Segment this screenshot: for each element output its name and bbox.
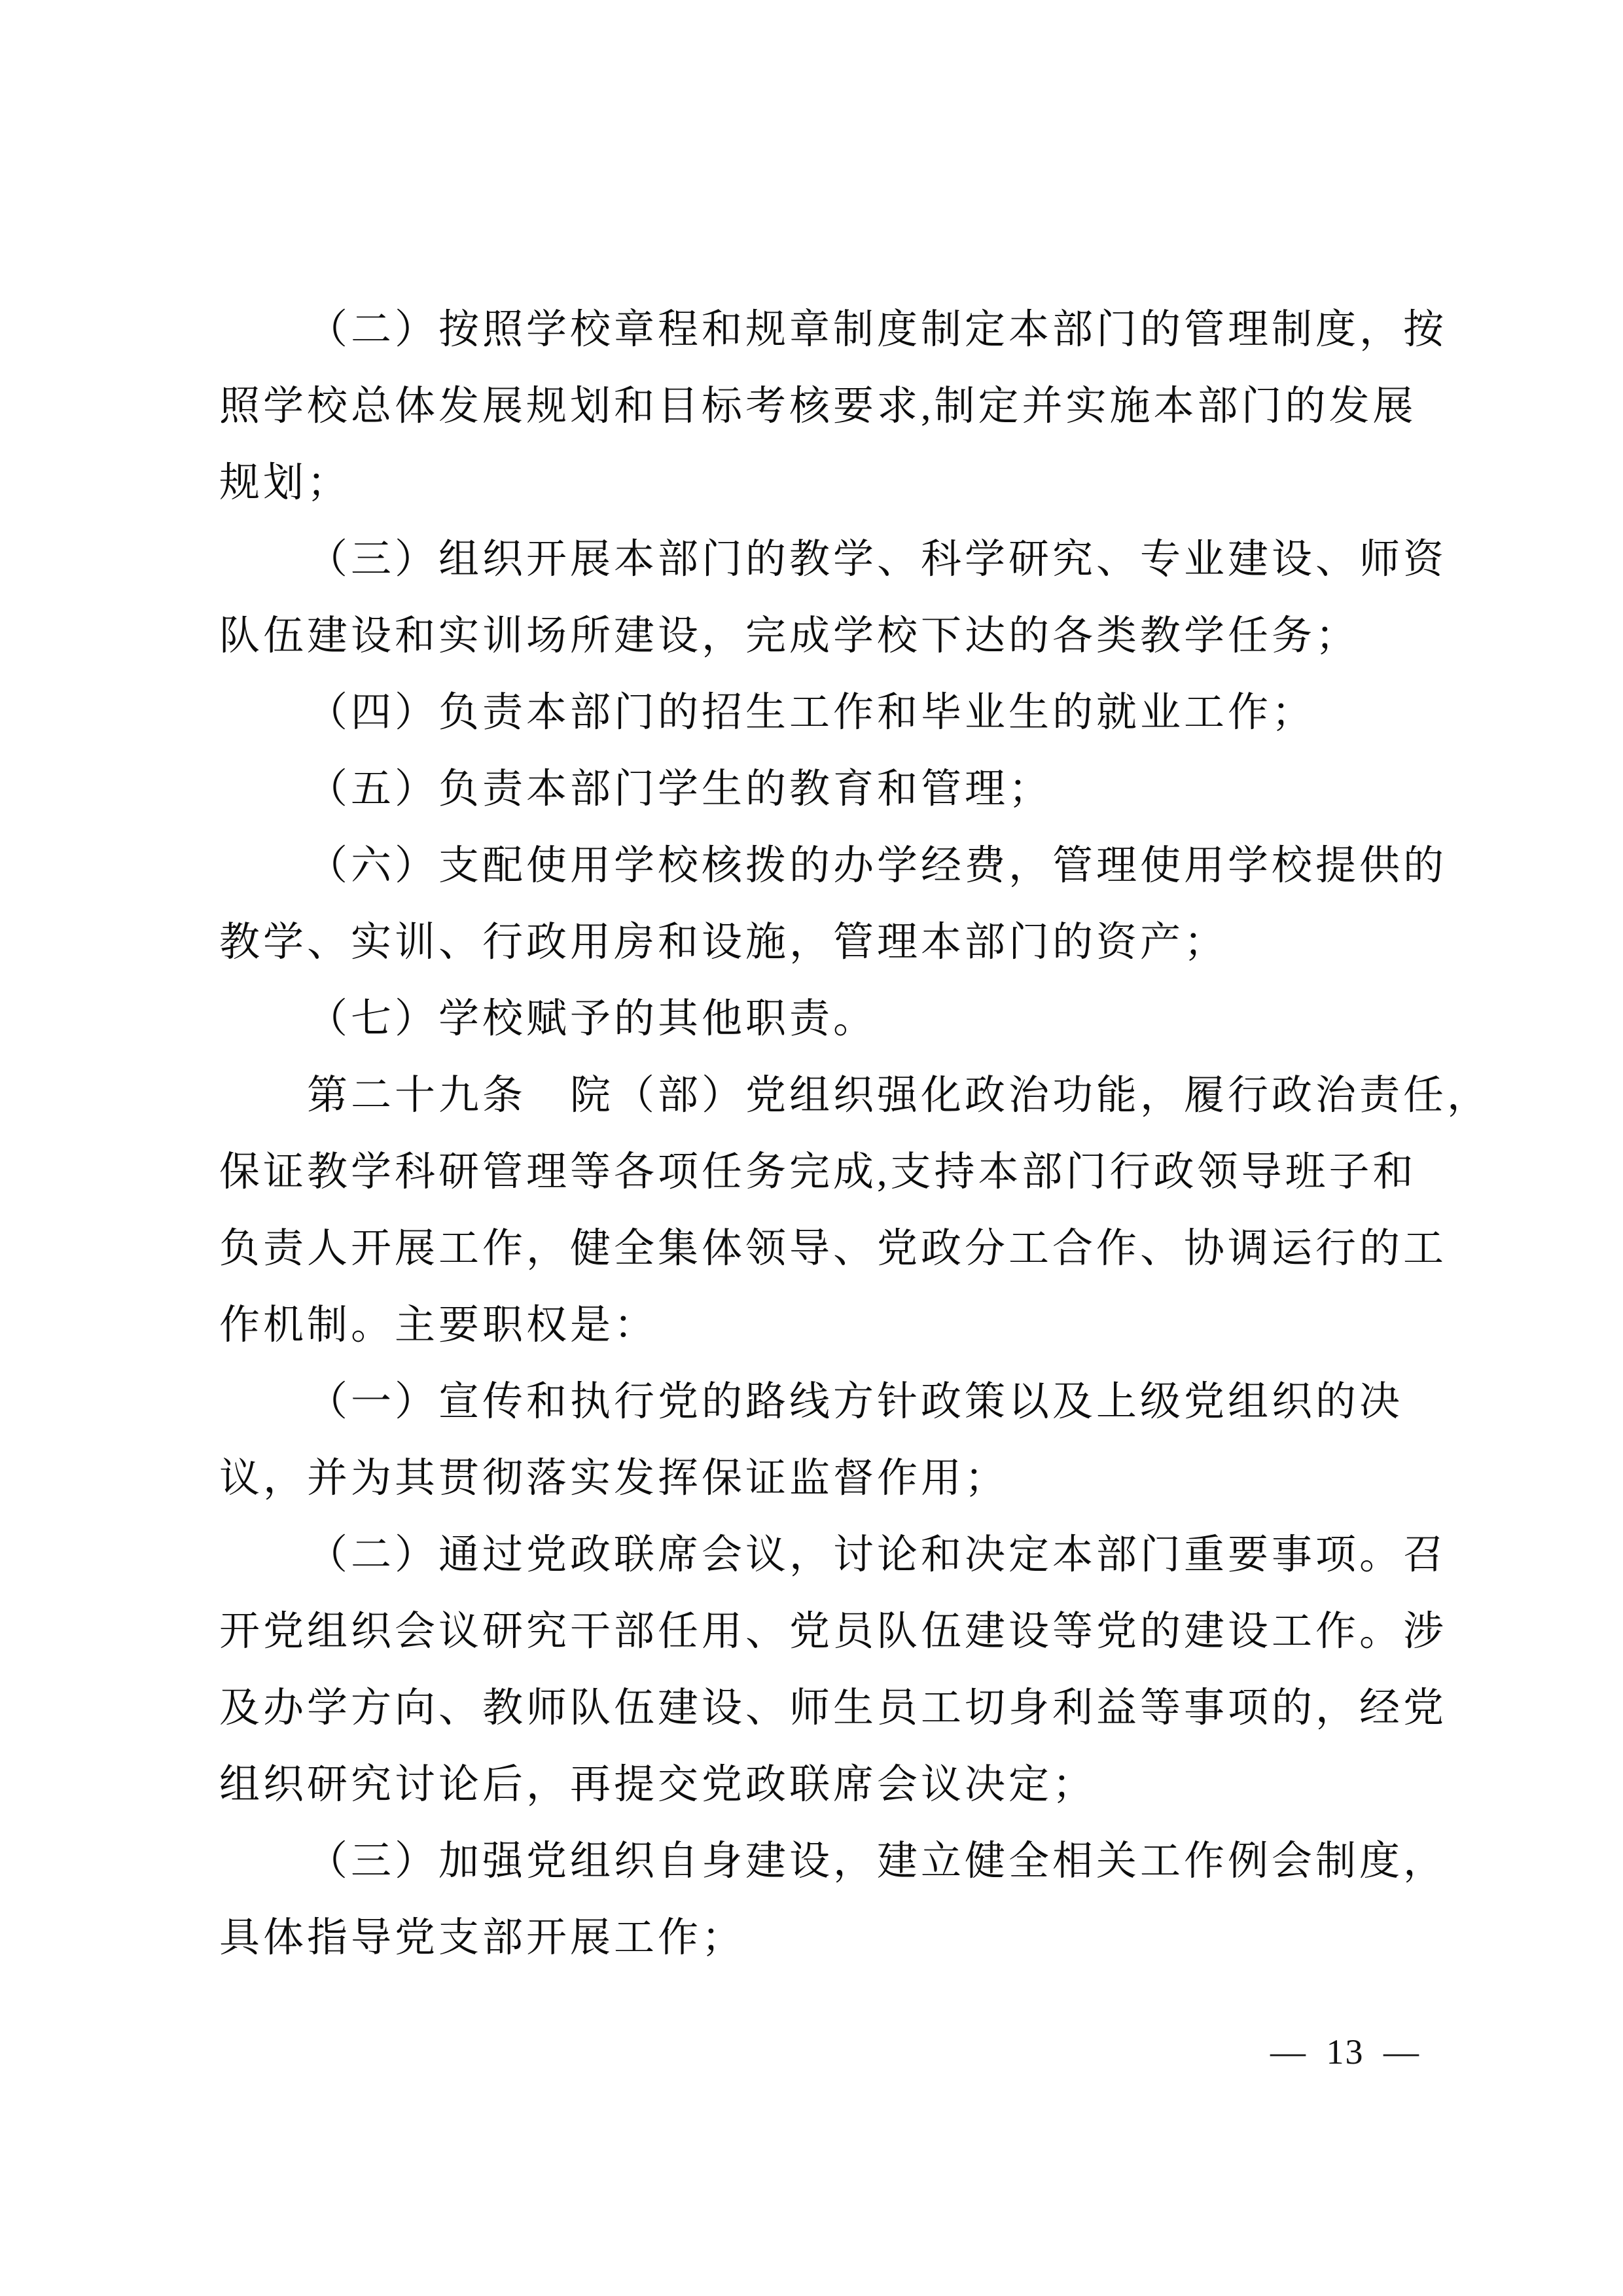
paragraph: （七）学校赋予的其他职责。 xyxy=(219,981,1414,1058)
paragraph-first-line: （六）支配使用学校核拨的办学经费，管理使用学校提供的 xyxy=(219,828,1414,905)
text-line: 具体指导党支部开展工作； xyxy=(219,1900,1414,1977)
paragraph: （二）通过党政联席会议，讨论和决定本部门重要事项。召 开党组织会议研究干部任用、… xyxy=(219,1517,1414,1823)
text-line: 教学、实训、行政用房和设施，管理本部门的资产； xyxy=(219,905,1414,981)
text-line: 组织研究讨论后，再提交党政联席会议决定； xyxy=(219,1747,1414,1823)
text-line: 作机制。主要职权是： xyxy=(219,1287,1414,1364)
paragraph: （二）按照学校章程和规章制度制定本部门的管理制度，按 照学校总体发展规划和目标考… xyxy=(219,292,1414,522)
paragraph-first-line: （一）宣传和执行党的路线方针政策以及上级党组织的决 xyxy=(219,1364,1414,1441)
paragraph-first-line: （三）加强党组织自身建设，建立健全相关工作例会制度， xyxy=(219,1823,1414,1900)
document-page: （二）按照学校章程和规章制度制定本部门的管理制度，按 照学校总体发展规划和目标考… xyxy=(0,0,1623,2296)
paragraph-first-line: （七）学校赋予的其他职责。 xyxy=(219,981,1414,1058)
page-number: — 13 — xyxy=(1270,2030,1420,2073)
paragraph: （六）支配使用学校核拨的办学经费，管理使用学校提供的 教学、实训、行政用房和设施… xyxy=(219,828,1414,981)
paragraph-first-line: （三）组织开展本部门的教学、科学研究、专业建设、师资 xyxy=(219,522,1414,598)
text-line: 队伍建设和实训场所建设，完成学校下达的各类教学任务； xyxy=(219,598,1414,675)
paragraph: （三）加强党组织自身建设，建立健全相关工作例会制度， 具体指导党支部开展工作； xyxy=(219,1823,1414,1977)
text-line: 规划； xyxy=(219,445,1414,522)
text-line: 保证教学科研管理等各项任务完成,支持本部门行政领导班子和 xyxy=(219,1134,1414,1211)
document-body: （二）按照学校章程和规章制度制定本部门的管理制度，按 照学校总体发展规划和目标考… xyxy=(219,292,1414,1977)
text-line: 议，并为其贯彻落实发挥保证监督作用； xyxy=(219,1441,1414,1517)
paragraph-first-line: （二）按照学校章程和规章制度制定本部门的管理制度，按 xyxy=(219,292,1414,368)
paragraph-first-line: （二）通过党政联席会议，讨论和决定本部门重要事项。召 xyxy=(219,1517,1414,1594)
paragraph: （五）负责本部门学生的教育和管理； xyxy=(219,751,1414,828)
paragraph-first-line: （五）负责本部门学生的教育和管理； xyxy=(219,751,1414,828)
text-line: 开党组织会议研究干部任用、党员队伍建设等党的建设工作。涉 xyxy=(219,1594,1414,1670)
paragraph-first-line: （四）负责本部门的招生工作和毕业生的就业工作； xyxy=(219,675,1414,751)
paragraph: （四）负责本部门的招生工作和毕业生的就业工作； xyxy=(219,675,1414,751)
paragraph: （一）宣传和执行党的路线方针政策以及上级党组织的决 议，并为其贯彻落实发挥保证监… xyxy=(219,1364,1414,1517)
text-line: 负责人开展工作，健全集体领导、党政分工合作、协调运行的工 xyxy=(219,1211,1414,1287)
text-line: 及办学方向、教师队伍建设、师生员工切身利益等事项的，经党 xyxy=(219,1670,1414,1747)
paragraph: 第二十九条 院（部）党组织强化政治功能，履行政治责任， 保证教学科研管理等各项任… xyxy=(219,1058,1414,1364)
paragraph-first-line: 第二十九条 院（部）党组织强化政治功能，履行政治责任， xyxy=(219,1058,1414,1134)
text-line: 照学校总体发展规划和目标考核要求,制定并实施本部门的发展 xyxy=(219,368,1414,445)
paragraph: （三）组织开展本部门的教学、科学研究、专业建设、师资 队伍建设和实训场所建设，完… xyxy=(219,522,1414,675)
